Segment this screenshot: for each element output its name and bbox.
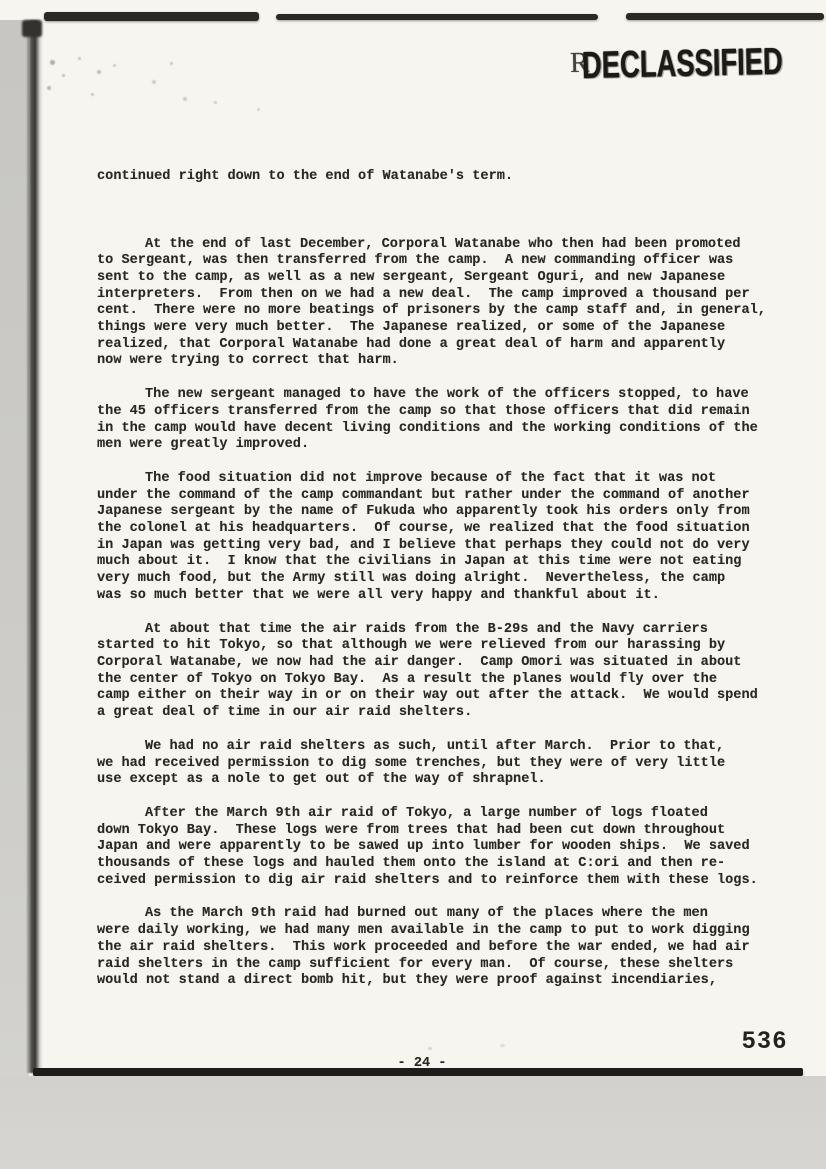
ink-smudge [170,62,173,65]
paragraph: After the March 9th air raid of Tokyo, a… [97,806,797,890]
text-line: very much food, but the Army still was d… [97,571,797,588]
scan-top-edge-line [276,14,598,20]
scan-corner-mark [22,20,42,37]
paragraph: At the end of last December, Corporal Wa… [97,237,797,371]
paragraph: At about that time the air raids from th… [97,622,797,722]
text-line: sent to the camp, as well as a new serge… [97,270,797,287]
text-line: started to hit Tokyo, so that although w… [97,638,797,655]
text-line: realized, that Corporal Watanabe had don… [97,337,797,354]
text-line: the center of Tokyo on Tokyo Bay. As a r… [97,672,797,689]
paragraphs-container: At the end of last December, Corporal Wa… [97,237,797,990]
document-body: continued right down to the end of Watan… [97,136,797,1106]
text-line: to Sergeant, was then transferred from t… [97,253,797,270]
paragraph: We had no air raid shelters as such, unt… [97,739,797,789]
text-line: Corporal Watanabe, we now had the air da… [97,655,797,672]
text-line: interpreters. From then on we had a new … [97,287,797,304]
ink-smudge [152,80,156,84]
text-line: we had received permission to dig some t… [97,756,797,773]
ink-smudge [113,64,116,67]
text-line: The new sergeant managed to have the wor… [97,387,797,404]
text-line: cent. There were no more beatings of pri… [97,303,797,320]
text-line: After the March 9th air raid of Tokyo, a… [97,806,797,823]
text-line: As the March 9th raid had burned out man… [97,906,797,923]
paragraph: The food situation did not improve becau… [97,471,797,605]
ink-smudge [214,101,217,104]
declassified-stamp: RDECLASSIFIED [570,39,826,87]
text-line: much about it. I know that the civilians… [97,554,797,571]
text-line: down Tokyo Bay. These logs were from tre… [97,823,797,840]
text-line: under the command of the camp commandant… [97,488,797,505]
ink-smudge [47,86,51,90]
page-edge-shadow [26,20,43,1073]
text-line: The food situation did not improve becau… [97,471,797,488]
text-line: camp either on their way in or on their … [97,688,797,705]
text-line: the colonel at his headquarters. Of cour… [97,521,797,538]
ink-smudge [97,70,101,74]
text-line: in Japan was getting very bad, and I bel… [97,538,797,555]
text-line: Japan and were apparently to be sawed up… [97,839,797,856]
text-line: At about that time the air raids from th… [97,622,797,639]
paragraph: As the March 9th raid had burned out man… [97,906,797,990]
text-line: thousands of these logs and hauled them … [97,856,797,873]
ink-smudge [50,60,55,65]
text-line: men were greatly improved. [97,437,797,454]
text-line: a great deal of time in our air raid she… [97,705,797,722]
ink-smudge [78,57,81,60]
ink-smudge [91,93,94,96]
text-line: was so much better that we were all very… [97,588,797,605]
scan-top-edge-line [626,13,824,20]
page-number: - 24 - [97,1056,747,1073]
text-line: raid shelters in the camp sufficient for… [97,957,797,974]
paragraph: The new sergeant managed to have the wor… [97,387,797,454]
text-line: At the end of last December, Corporal Wa… [97,237,797,254]
text-line: ceived permission to dig air raid shelte… [97,873,797,890]
text-line: We had no air raid shelters as such, unt… [97,739,797,756]
text-line: now were trying to correct that harm. [97,353,797,370]
text-line: things were very much better. The Japane… [97,320,797,337]
text-line: the air raid shelters. This work proceed… [97,940,797,957]
folio-number: 536 [742,1027,788,1055]
text-line: the 45 officers transferred from the cam… [97,404,797,421]
ink-smudge [62,74,65,77]
scanned-document-page: RDECLASSIFIED continued right down to th… [0,0,826,1169]
text-line: in the camp would have decent living con… [97,421,797,438]
text-line: would not stand a direct bomb hit, but t… [97,973,797,990]
ink-smudge [257,108,260,111]
scan-top-edge-line [44,12,259,21]
ink-smudge [183,97,187,101]
text-line: Japanese sergeant by the name of Fukuda … [97,504,797,521]
text-line: were daily working, we had many men avai… [97,923,797,940]
text-line: continued right down to the end of Watan… [97,169,797,186]
stamp-label: DECLASSIFIED [582,40,784,87]
scan-left-margin [0,20,29,1076]
text-line: use except as a nole to get out of the w… [97,772,797,789]
